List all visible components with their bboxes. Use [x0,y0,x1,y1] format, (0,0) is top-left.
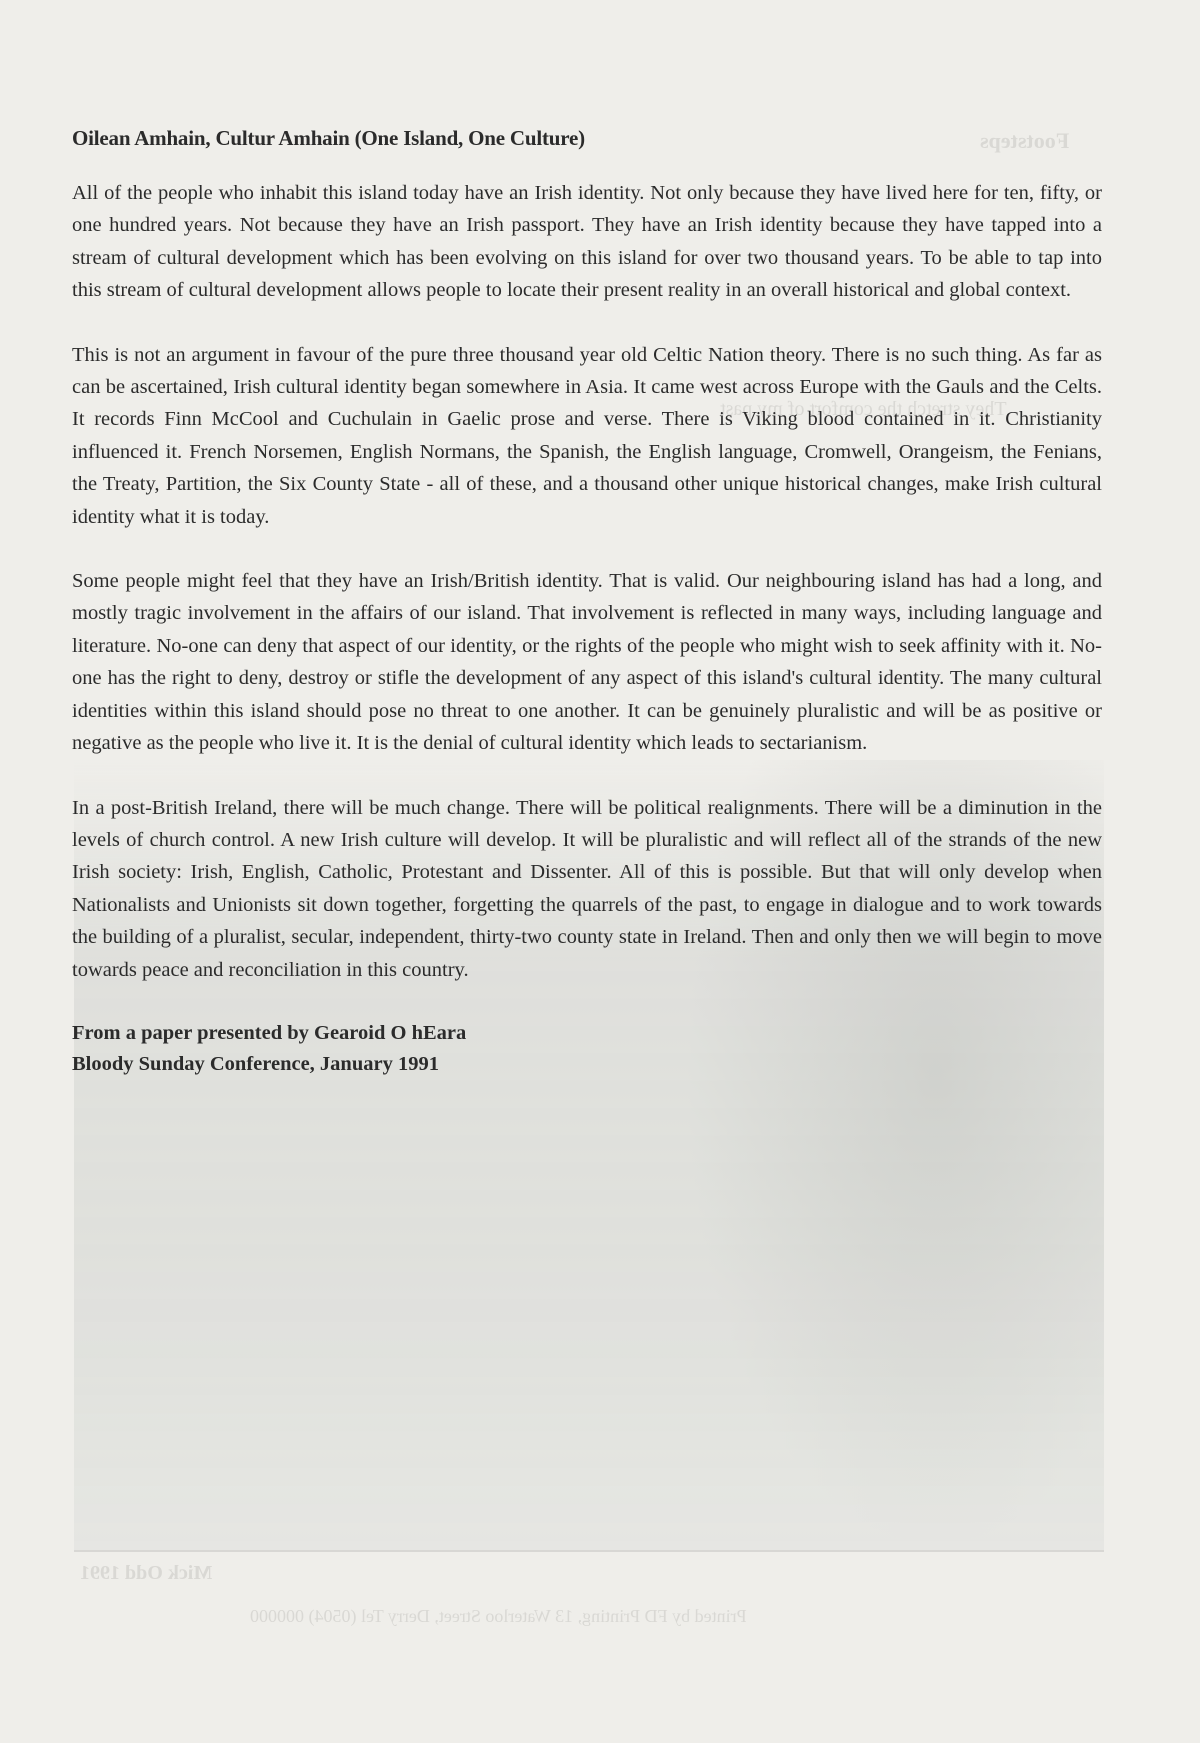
bleed-through-credit: Mick Odd 1991 [80,1562,212,1585]
attribution: From a paper presented by Gearoid O hEar… [72,1018,1102,1080]
bleed-through-printer: Printed by FD Printing, 13 Waterloo Stre… [250,1606,747,1627]
document-page: Oilean Amhain, Cultur Amhain (One Island… [72,126,1102,1080]
paragraph-2: This is not an argument in favour of the… [72,339,1102,533]
paragraph-3: Some people might feel that they have an… [72,565,1102,759]
document-heading: Oilean Amhain, Cultur Amhain (One Island… [72,126,1102,151]
paragraph-1: All of the people who inhabit this islan… [72,177,1102,307]
paragraph-4: In a post-British Ireland, there will be… [72,792,1102,986]
attribution-author: From a paper presented by Gearoid O hEar… [72,1018,1102,1049]
attribution-event: Bloody Sunday Conference, January 1991 [72,1049,1102,1080]
